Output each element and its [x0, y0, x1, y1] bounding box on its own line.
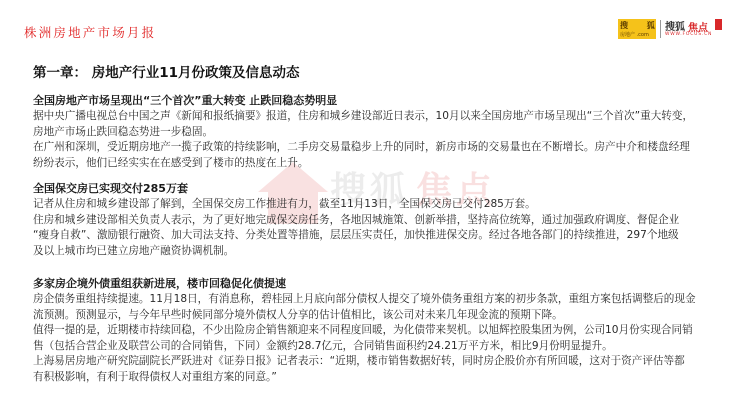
logo-focus-name: 搜狐 [665, 18, 685, 33]
paragraph-line: 及以上城市均已建立房地产融资协调机制。 [33, 244, 723, 260]
paragraph-line: 住房和城乡建设部相关负责人表示，为了更好地完成保交房任务，各地因城施策、创新举措… [33, 213, 723, 229]
paragraph-line: 记者从住房和城乡建设部了解到，全国保交房工作推进有力，截至11月13日，全国保交… [33, 197, 723, 213]
sohu-house-logo-icon: 搜 狐 房地产 .com [618, 19, 656, 39]
section-heading: 多家房企境外债重组获新进展，楼市回稳促化债提速 [33, 276, 723, 292]
report-header-title: 株洲房地产市场月报 [24, 23, 156, 41]
news-section-market-turnaround: 全国房地产市场呈现出“三个首次”重大转变 止跌回稳态势明显 据中央广播电视总台中… [33, 93, 723, 171]
logo-focus-url: WWW.FOCUS.CN [665, 32, 712, 37]
section-heading: 全国保交房已实现交付285万套 [33, 181, 723, 197]
paragraph-line: 值得一提的是，近期楼市持续回稳，不少出险房企销售额迎来不同程度回暖，为化债带来契… [33, 323, 723, 339]
paragraph-line: 据中央广播电视总台中国之声《新闻和报纸摘要》报道，住房和城乡建设部近日表示，10… [33, 109, 723, 125]
chapter-title: 第一章： 房地产行业11月份政策及信息动态 [33, 61, 300, 81]
paragraph-line: 上海易居房地产研究院副院长严跃进对《证券日报》记者表示：“近期，楼市销售数据好转… [33, 354, 723, 370]
paragraph-line: 房企债务重组持续提速。11月18日，有消息称，碧桂园上月底向部分债权人提交了境外… [33, 292, 723, 308]
logo-sohu-text: 搜 狐 [620, 20, 663, 31]
paragraph-line: “瘦身自救”、激励银行融资、加大司法支持、分类处置等措施，层层压实责任，加快推进… [33, 228, 723, 244]
section-body: 据中央广播电视总台中国之声《新闻和报纸摘要》报道，住房和城乡建设部近日表示，10… [33, 109, 723, 171]
paragraph-line: 房地产市场止跌回稳态势进一步稳固。 [33, 125, 723, 141]
section-body: 记者从住房和城乡建设部了解到，全国保交房工作推进有力，截至11月13日，全国保交… [33, 197, 723, 259]
news-section-housing-delivery: 全国保交房已实现交付285万套 记者从住房和城乡建设部了解到，全国保交房工作推进… [33, 181, 723, 259]
paragraph-line: 纷纷表示，他们已经实实在在感受到了楼市的热度在上升。 [33, 156, 723, 172]
section-heading: 全国房地产市场呈现出“三个首次”重大转变 止跌回稳态势明显 [33, 93, 723, 109]
focus-logo-icon: 搜狐 焦点 WWW.FOCUS.CN [665, 18, 723, 40]
sohu-focus-logo: 搜 狐 房地产 .com 搜狐 焦点 WWW.FOCUS.CN [618, 18, 723, 40]
logo-sohu-subtext: 房地产 .com [620, 31, 649, 38]
logo-focus-badge-icon [715, 19, 722, 30]
paragraph-line: 售（包括合营企业及联营公司的合同销售，下同）金额约28.7亿元，合同销售面积约2… [33, 339, 723, 355]
news-section-debt-restructuring: 多家房企境外债重组获新进展，楼市回稳促化债提速 房企债务重组持续提速。11月18… [33, 276, 723, 386]
section-body: 房企债务重组持续提速。11月18日，有消息称，碧桂园上月底向部分债权人提交了境外… [33, 292, 723, 386]
paragraph-line: 流预测。预测显示，与今年早些时候同部分境外债权人分享的估计值相比，该公司对未来几… [33, 308, 723, 324]
paragraph-line: 有积极影响，有利于取得债权人对重组方案的同意。” [33, 370, 723, 386]
paragraph-line: 在广州和深圳，受近期房地产一揽子政策的持续影响，二手房交易量稳步上升的同时，新房… [33, 140, 723, 156]
